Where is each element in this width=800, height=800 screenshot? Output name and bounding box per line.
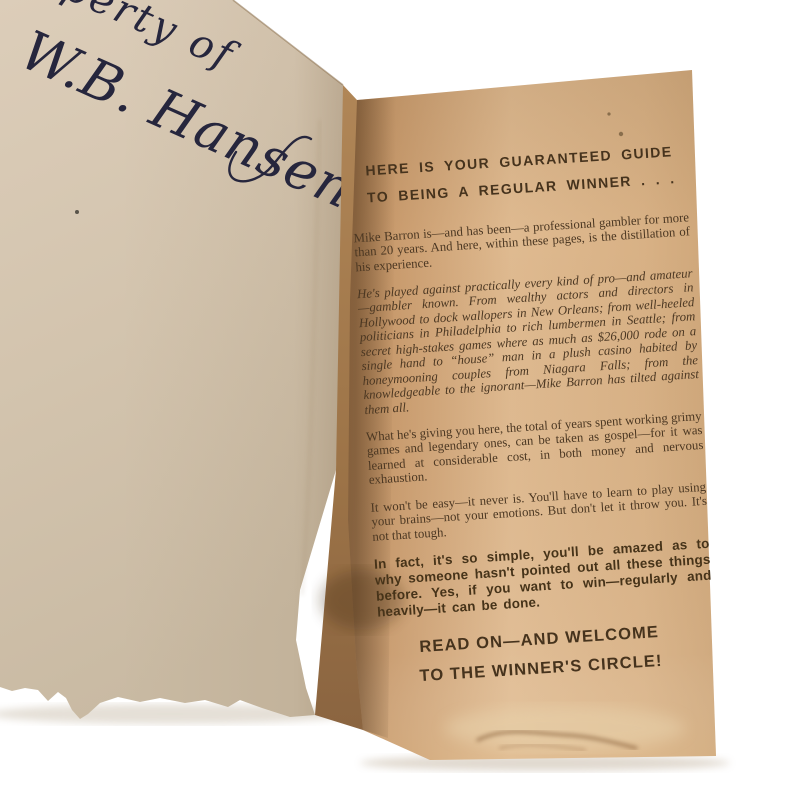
left-page-speck [75,210,79,214]
right-page-text: HERE IS YOUR GUARANTEED GUIDE TO BEING A… [341,111,728,693]
so-simple-paragraph: In fact, it's so simple, you'll be amaze… [374,536,713,620]
gospel-paragraph: What he's giving you here, the total of … [366,409,705,488]
experience-paragraph: He's played against practically every ki… [357,266,701,417]
bottom-stain-patch [445,706,685,750]
intro-paragraph: Mike Barron is—and has been—a profession… [353,210,691,274]
book-photo: perty of W.B. Hansen HERE IS YOUR GUARAN… [0,0,800,800]
not-easy-paragraph: It won't be easy—it never is. You'll hav… [370,480,708,544]
page-heading: HERE IS YOUR GUARANTEED GUIDE TO BEING A… [365,137,688,212]
